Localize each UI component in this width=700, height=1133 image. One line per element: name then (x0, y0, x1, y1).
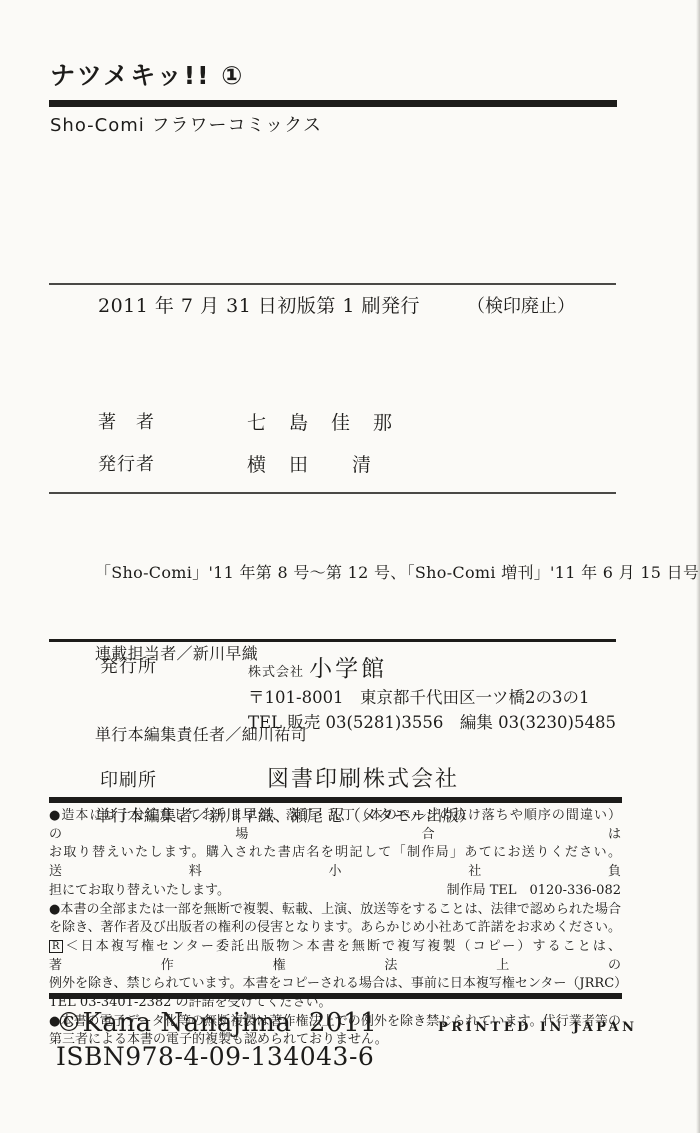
credit-label-author: 著 者 (98, 408, 155, 434)
legal-line: 例外を除き、禁じられています。本書をコピーされる場合は、事前に日本複写権センター… (49, 975, 621, 994)
footer-top-rule (49, 993, 622, 999)
serialization-line: 「Sho-Comi」'11 年第 8 号～第 12 号、「Sho-Comi 増刊… (95, 559, 625, 586)
edition-note: （検印廃止） (467, 292, 575, 318)
credit-label-issuer: 発行者 (98, 450, 155, 476)
title-divider-rule (49, 100, 617, 107)
legal-top-rule (49, 797, 622, 803)
publisher-company: 株式会社 小学館 (248, 650, 387, 683)
edition-date: 2011 年 7 月 31 日初版第 1 刷発行 (98, 291, 420, 318)
imprint-label: Sho-Comi フラワーコミックス (50, 111, 322, 137)
publisher-top-rule (49, 639, 616, 642)
legal-line: を除き、著作者及び出版者の権利の侵害となります。あらかじめ小社あて許諾をお求めく… (49, 919, 621, 938)
printer-label: 印刷所 (100, 766, 157, 792)
book-title: ナツメキッ!! ① (50, 61, 244, 91)
printed-in-japan: PRINTED IN JAPAN (438, 1020, 637, 1035)
scan-edge-shadow (696, 0, 700, 1133)
credit-name-issuer: 横 田 清 (247, 450, 373, 477)
publisher-address: 〒101-8001 東京都千代田区一ツ橋2の3の1 (248, 684, 590, 708)
edition-top-rule (49, 283, 616, 285)
printer-name: 図書印刷株式会社 (267, 762, 459, 793)
credit-name-author: 七 島 佳 那 (247, 408, 394, 435)
registered-r-box-icon: R (49, 940, 63, 953)
legal-line: お取り替えいたします。購入された書店名を明記して「制作局」あてにお送りください。… (49, 844, 621, 881)
isbn-number: ISBN978-4-09-134043-6 (56, 1042, 374, 1071)
credits-bottom-rule (49, 492, 616, 494)
legal-line: 担にてお取り替えいたします。 制作局 TEL 0120-336-082 (49, 882, 621, 901)
legal-line: ●造本には十分注意しておりますが、落丁・乱丁（本のページの抜け落ちや順序の間違い… (49, 807, 621, 844)
production-bureau-tel: 制作局 TEL 0120-336-082 (447, 882, 621, 901)
colophon-page: ナツメキッ!! ① Sho-Comi フラワーコミックス 2011 年 7 月 … (0, 0, 700, 1133)
legal-line-left: 担にてお取り替えいたします。 (49, 882, 230, 901)
copyright-line: ©Kana Nanajima 2011 (56, 1008, 377, 1038)
publisher-tel: TEL 販売 03(5281)3556 編集 03(3230)5485 (248, 709, 616, 733)
legal-line-text: ＜日本複写権センター委託出版物＞本書を無断で複写複製（コピー）することは、著作権… (49, 939, 621, 973)
publisher-label: 発行所 (100, 652, 157, 678)
legal-line: R＜日本複写権センター委託出版物＞本書を無断で複写複製（コピー）することは、著作… (49, 938, 621, 975)
publisher-corp-prefix: 株式会社 (248, 665, 304, 680)
publisher-corp-name: 小学館 (309, 656, 387, 682)
legal-line: ●本書の全部または一部を無断で複製、転載、上演、放送等をすることは、法律で認めら… (49, 901, 621, 920)
